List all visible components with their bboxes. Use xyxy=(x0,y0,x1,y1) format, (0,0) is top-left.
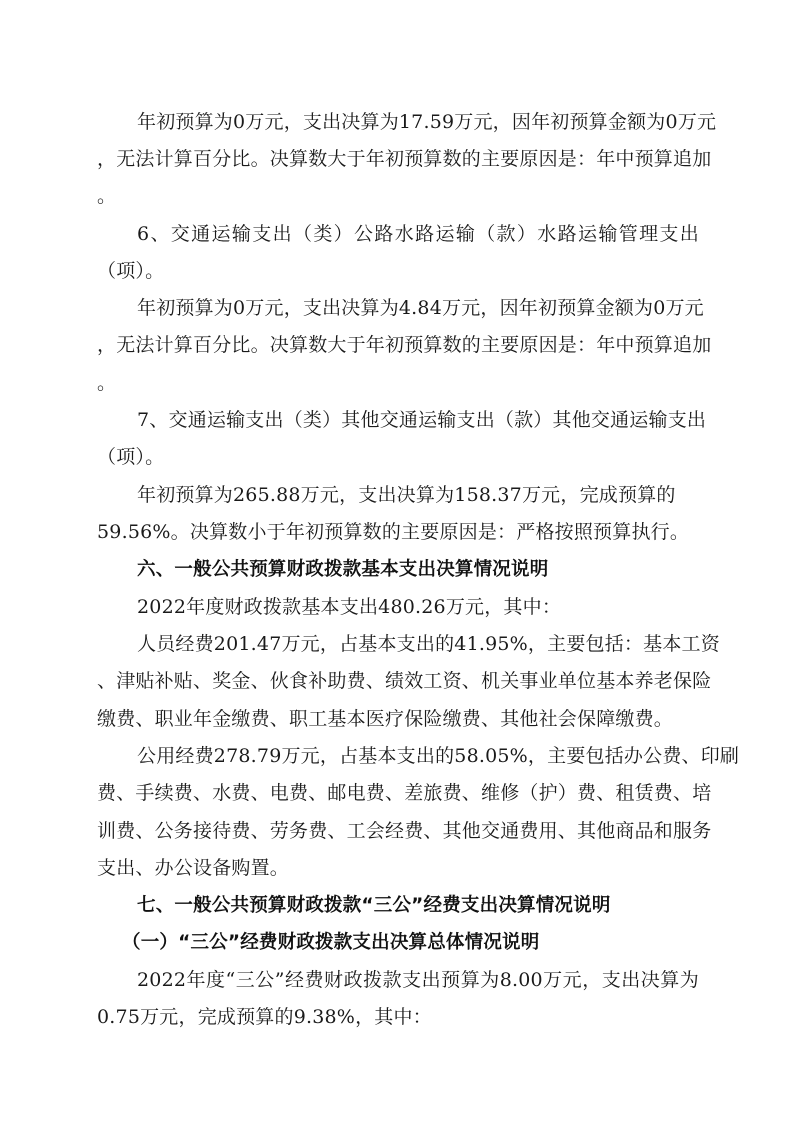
paragraph-line: 缴费、职业年金缴费、职工基本医疗保险缴费、其他社会保障缴费。 xyxy=(97,701,699,738)
section-heading: 七、一般公共预算财政拨款“三公”经费支出决算情况说明 xyxy=(137,887,699,924)
paragraph-line: ，无法计算百分比。决算数大于年初预算数的主要原因是：年中预算追加 xyxy=(97,141,699,178)
item-title-line: 7、交通运输支出（类）其他交通运输支出（款）其他交通运输支出 xyxy=(137,402,699,439)
paragraph-line: ，无法计算百分比。决算数大于年初预算数的主要原因是：年中预算追加 xyxy=(97,327,699,364)
paragraph-line: 、津贴补贴、奖金、伙食补助费、绩效工资、机关事业单位基本养老保险 xyxy=(97,663,699,700)
paragraph-line: 2022年度财政拨款基本支出480.26万元，其中： xyxy=(137,589,699,626)
paragraph-line: 费、手续费、水费、电费、邮电费、差旅费、维修（护）费、租赁费、培 xyxy=(97,775,699,812)
paragraph-line: 。 xyxy=(97,365,699,402)
subsection-heading: （一）“三公”经费财政拨款支出决算总体情况说明 xyxy=(122,924,724,961)
document-page: 年初预算为0万元，支出决算为17.59万元，因年初预算金额为0万元 ，无法计算百… xyxy=(0,0,793,1122)
item-title-line: 6、交通运输支出（类）公路水路运输（款）水路运输管理支出 xyxy=(137,216,699,253)
paragraph-line: 。 xyxy=(97,178,699,215)
paragraph-line: 支出、办公设备购置。 xyxy=(97,850,699,887)
paragraph-line: 年初预算为0万元，支出决算为17.59万元，因年初预算金额为0万元 xyxy=(137,104,699,141)
item-title-line: （项）。 xyxy=(97,253,699,290)
item-title-line: （项）。 xyxy=(97,439,699,476)
paragraph-line: 2022年度“三公”经费财政拨款支出预算为8.00万元，支出决算为 xyxy=(137,962,699,999)
paragraph-line: 年初预算为265.88万元，支出决算为158.37万元，完成预算的 xyxy=(137,477,699,514)
paragraph-line: 人员经费201.47万元，占基本支出的41.95%，主要包括：基本工资 xyxy=(137,626,699,663)
paragraph-line: 公用经费278.79万元，占基本支出的58.05%，主要包括办公费、印刷 xyxy=(137,738,699,775)
paragraph-line: 训费、公务接待费、劳务费、工会经费、其他交通费用、其他商品和服务 xyxy=(97,813,699,850)
paragraph-line: 59.56%。决算数小于年初预算数的主要原因是：严格按照预算执行。 xyxy=(97,514,699,551)
paragraph-line: 年初预算为0万元，支出决算为4.84万元，因年初预算金额为0万元 xyxy=(137,290,699,327)
section-heading: 六、一般公共预算财政拨款基本支出决算情况说明 xyxy=(137,551,699,588)
paragraph-line: 0.75万元，完成预算的9.38%，其中： xyxy=(97,999,699,1036)
